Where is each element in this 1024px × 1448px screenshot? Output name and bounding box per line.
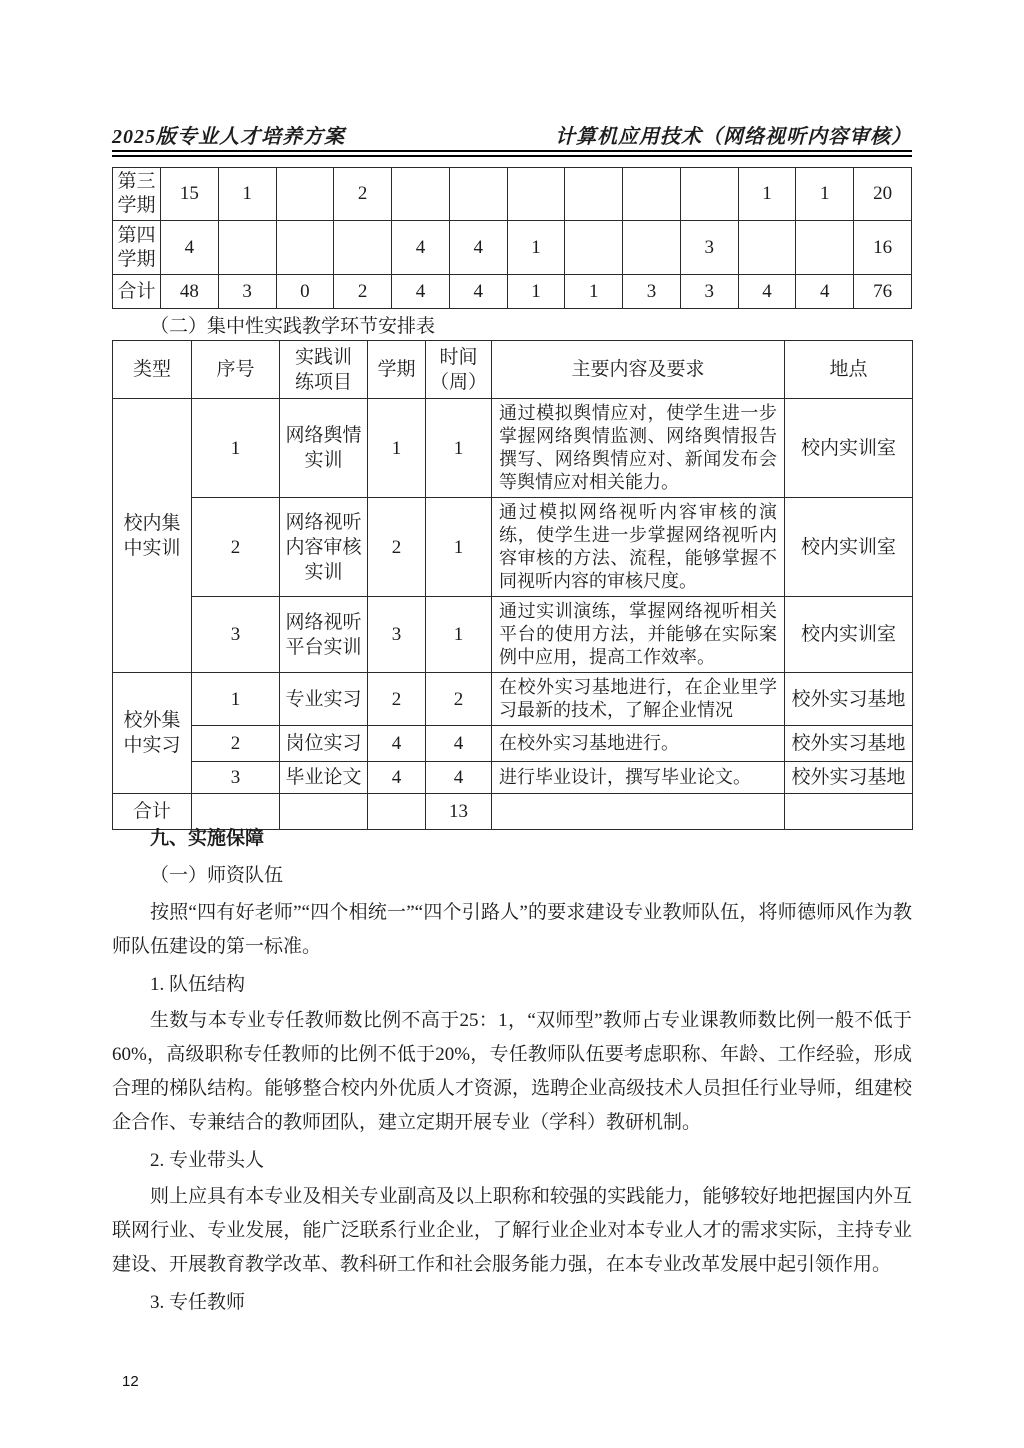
cell-term: 3	[368, 597, 426, 673]
cell-no: 3	[192, 762, 280, 794]
table-row: 校内集中实训 1 网络舆情实训 1 1 通过模拟舆情应对，使学生进一步掌握网络舆…	[113, 399, 913, 498]
cell-weeks: 1	[426, 597, 492, 673]
cell-content: 在校外实习基地进行，在企业里学习最新的技术，了解企业情况	[492, 673, 785, 726]
cell-content: 通过模拟网络视听内容审核的演练，使学生进一步掌握网络视听内容审核的方法、流程，能…	[492, 498, 785, 597]
cell: 76	[854, 275, 912, 309]
cell-project: 专业实习	[280, 673, 368, 726]
cell-project: 岗位实习	[280, 726, 368, 762]
cell: 4	[449, 221, 507, 275]
cell	[507, 168, 565, 221]
type-cell-on-campus: 校内集中实训	[113, 399, 192, 673]
cell-term: 2	[368, 673, 426, 726]
cell: 20	[854, 168, 912, 221]
cell: 4	[392, 275, 450, 309]
cell: 15	[161, 168, 219, 221]
cell: 0	[276, 275, 334, 309]
cell: 4	[392, 221, 450, 275]
cell: 4	[161, 221, 219, 275]
cell	[623, 221, 681, 275]
cell-project: 网络视听平台实训	[280, 597, 368, 673]
col-header-weeks: 时间（周）	[426, 341, 492, 399]
cell	[680, 168, 738, 221]
cell-location: 校内实训室	[785, 597, 913, 673]
cell-weeks: 1	[426, 399, 492, 498]
cell: 1	[507, 275, 565, 309]
col-header-project: 实践训练项目	[280, 341, 368, 399]
practice-table: 类型 序号 实践训练项目 学期 时间（周） 主要内容及要求 地点 校内集中实训 …	[112, 340, 913, 830]
cell-no: 2	[192, 726, 280, 762]
cell-weeks: 4	[426, 762, 492, 794]
cell-location: 校外实习基地	[785, 726, 913, 762]
item3-title: 3. 专任教师	[112, 1286, 912, 1320]
cell-weeks: 2	[426, 673, 492, 726]
cell: 4	[796, 275, 854, 309]
cell	[565, 221, 623, 275]
cell	[218, 221, 276, 275]
cell: 1	[507, 221, 565, 275]
cell-location: 校外实习基地	[785, 673, 913, 726]
table-row: 2 网络视听内容审核实训 2 1 通过模拟网络视听内容审核的演练，使学生进一步掌…	[113, 498, 913, 597]
cell: 1	[565, 275, 623, 309]
cell: 3	[680, 275, 738, 309]
cell: 2	[334, 275, 392, 309]
table-row: 2 岗位实习 4 4 在校外实习基地进行。 校外实习基地	[113, 726, 913, 762]
page-number: 12	[122, 1373, 139, 1390]
cell-project: 毕业论文	[280, 762, 368, 794]
cell	[565, 168, 623, 221]
cell-location: 校外实习基地	[785, 762, 913, 794]
cell-project: 网络舆情实训	[280, 399, 368, 498]
row-label: 合计	[113, 275, 161, 309]
header-left-title: 2025版专业人才培养方案	[112, 120, 345, 149]
cell: 2	[334, 168, 392, 221]
document-page: 2025版专业人才培养方案 计算机应用技术（网络视听内容审核） 第三学期 15 …	[0, 0, 1024, 1448]
cell	[276, 221, 334, 275]
cell-content: 通过模拟舆情应对，使学生进一步掌握网络舆情监测、网络舆情报告撰写、网络舆情应对、…	[492, 399, 785, 498]
item1-title: 1. 队伍结构	[112, 968, 912, 1002]
col-header-type: 类型	[113, 341, 192, 399]
col-header-project-label: 实践训练项目	[293, 345, 354, 395]
cell: 1	[218, 168, 276, 221]
paragraph: 生数与本专业专任教师数比例不高于25：1，“双师型”教师占专业课教师数比例一般不…	[112, 1004, 912, 1140]
cell-project: 网络视听内容审核实训	[280, 498, 368, 597]
cell-weeks: 4	[426, 726, 492, 762]
paragraph: 则上应具有本专业及相关专业副高及以上职称和较强的实践能力，能够较好地把握国内外互…	[112, 1180, 912, 1282]
table-row: 第三学期 15 1 2 1 1 20	[113, 168, 912, 221]
cell-content: 通过实训演练，掌握网络视听相关平台的使用方法，并能够在实际案例中应用，提高工作效…	[492, 597, 785, 673]
table-row: 3 毕业论文 4 4 进行毕业设计，撰写毕业论文。 校外实习基地	[113, 762, 913, 794]
practice-table-caption: （二）集中性实践教学环节安排表	[150, 311, 850, 338]
cell-term: 2	[368, 498, 426, 597]
row-label: 第四学期	[113, 221, 161, 275]
cell-no: 3	[192, 597, 280, 673]
cell-no: 1	[192, 399, 280, 498]
table-row: 3 网络视听平台实训 3 1 通过实训演练，掌握网络视听相关平台的使用方法，并能…	[113, 597, 913, 673]
table-row: 第四学期 4 4 4 1 3 16	[113, 221, 912, 275]
cell-no: 1	[192, 673, 280, 726]
table-row: 校外集中实习 1 专业实习 2 2 在校外实习基地进行，在企业里学习最新的技术，…	[113, 673, 913, 726]
cell-content: 在校外实习基地进行。	[492, 726, 785, 762]
col-header-no: 序号	[192, 341, 280, 399]
cell: 48	[161, 275, 219, 309]
cell	[449, 168, 507, 221]
cell: 1	[796, 168, 854, 221]
cell: 4	[449, 275, 507, 309]
cell-term: 4	[368, 726, 426, 762]
cell: 3	[623, 275, 681, 309]
cell-content: 进行毕业设计，撰写毕业论文。	[492, 762, 785, 794]
cell	[276, 168, 334, 221]
cell	[738, 221, 796, 275]
col-header-content: 主要内容及要求	[492, 341, 785, 399]
col-header-term: 学期	[368, 341, 426, 399]
cell-term: 4	[368, 762, 426, 794]
table-row-total: 合计 48 3 0 2 4 4 1 1 3 3 4 4 76	[113, 275, 912, 309]
cell-location: 校内实训室	[785, 498, 913, 597]
cell	[796, 221, 854, 275]
cell: 16	[854, 221, 912, 275]
type-cell-off-campus: 校外集中实习	[113, 673, 192, 794]
item2-title: 2. 专业带头人	[112, 1144, 912, 1178]
cell	[334, 221, 392, 275]
subsection-title: （一）师资队伍	[112, 859, 912, 893]
page-header: 2025版专业人才培养方案 计算机应用技术（网络视听内容审核）	[112, 120, 912, 149]
header-double-rule	[112, 150, 912, 157]
cell: 3	[680, 221, 738, 275]
semester-hours-table: 第三学期 15 1 2 1 1 20 第四学期 4	[112, 167, 912, 309]
cell	[392, 168, 450, 221]
body-text: 九、实施保障 （一）师资队伍 按照“四有好老师”“四个相统一”“四个引路人”的要…	[112, 822, 912, 1322]
row-label: 第三学期	[113, 168, 161, 221]
table-header-row: 类型 序号 实践训练项目 学期 时间（周） 主要内容及要求 地点	[113, 341, 913, 399]
cell-weeks: 1	[426, 498, 492, 597]
cell-no: 2	[192, 498, 280, 597]
cell-location: 校内实训室	[785, 399, 913, 498]
cell: 1	[738, 168, 796, 221]
cell-term: 1	[368, 399, 426, 498]
paragraph: 按照“四有好老师”“四个相统一”“四个引路人”的要求建设专业教师队伍，将师德师风…	[112, 896, 912, 964]
cell: 4	[738, 275, 796, 309]
header-right-title: 计算机应用技术（网络视听内容审核）	[555, 120, 912, 149]
section-title: 九、实施保障	[112, 822, 912, 856]
cell	[623, 168, 681, 221]
col-header-location: 地点	[785, 341, 913, 399]
cell: 3	[218, 275, 276, 309]
